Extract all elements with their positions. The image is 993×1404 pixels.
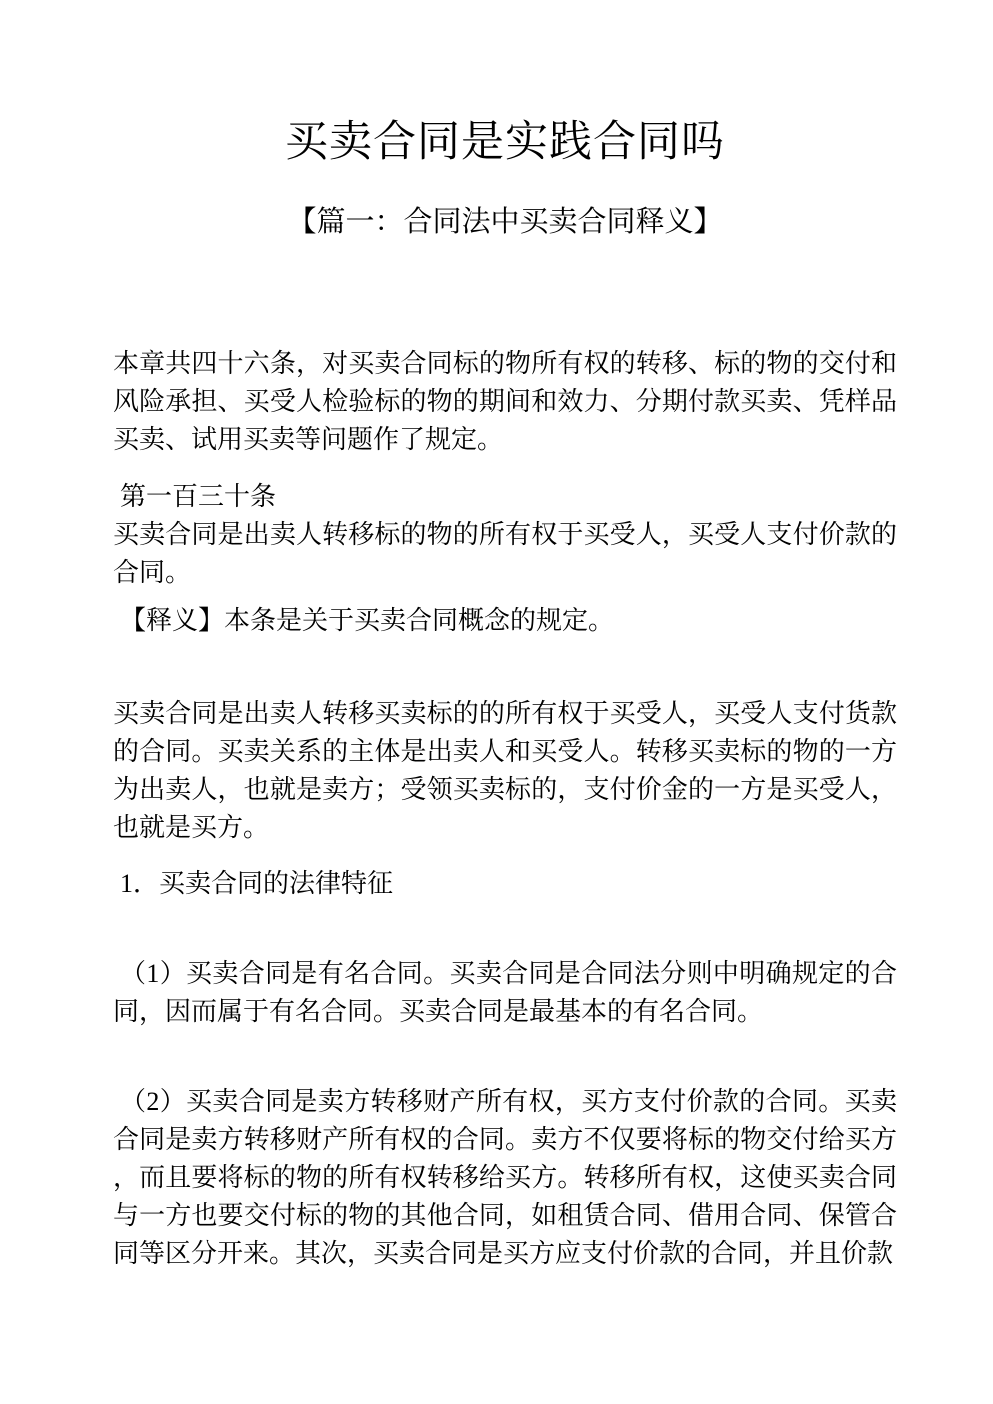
document-title: 买卖合同是实践合同吗 [113,114,897,172]
document-subtitle: 【篇一：合同法中买卖合同释义】 [113,202,897,242]
interpretation-note: 【释义】本条是关于买卖合同概念的规定。 [113,602,897,640]
document-content: 买卖合同是实践合同吗 【篇一：合同法中买卖合同释义】 本章共四十六条，对买卖合同… [0,0,993,1273]
document-page: 买卖合同是实践合同吗 【篇一：合同法中买卖合同释义】 本章共四十六条，对买卖合同… [0,0,993,1404]
feature-item-1-paragraph: （1）买卖合同是有名合同。买卖合同是合同法分则中明确规定的合同，因而属于有名合同… [113,955,897,1031]
definition-paragraph: 买卖合同是出卖人转移买卖标的的所有权于买受人，买受人支付货款的合同。买卖关系的主… [113,695,897,847]
legal-features-heading: 1．买卖合同的法律特征 [113,865,897,903]
feature-item-2-paragraph: （2）买卖合同是卖方转移财产所有权，买方支付价款的合同。买卖合同是卖方转移财产所… [113,1083,897,1273]
article-body-paragraph: 买卖合同是出卖人转移标的物的所有权于买受人，买受人支付价款的合同。 [113,516,897,592]
article-number-heading: 第一百三十条 [113,478,897,516]
paragraph-chapter-intro: 本章共四十六条，对买卖合同标的物所有权的转移、标的物的交付和风险承担、买受人检验… [113,345,897,459]
